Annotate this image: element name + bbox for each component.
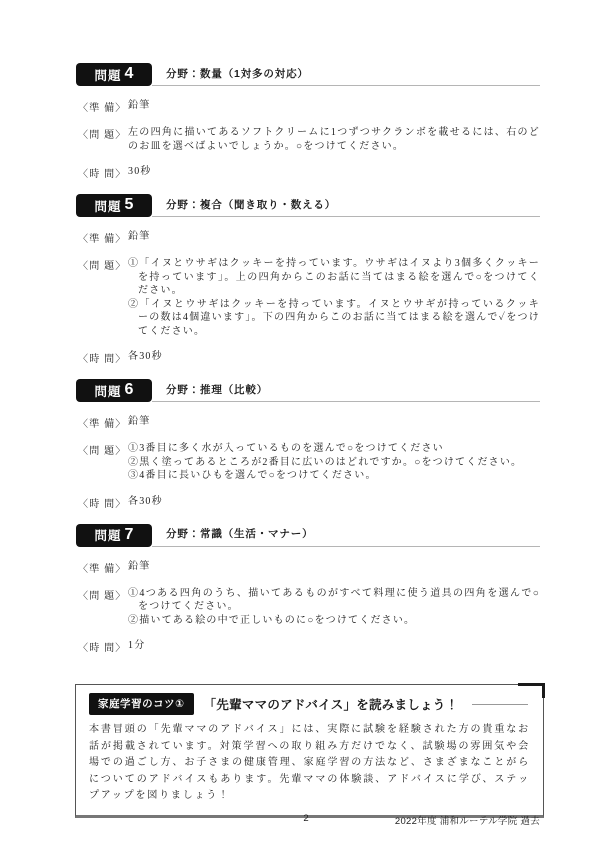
tip-badge: 家庭学習のコツ① <box>89 693 194 715</box>
time-row: 〈時 間〉 各30秒 <box>78 350 540 365</box>
prep-content: 鉛筆 <box>128 99 540 114</box>
badge-number: 6 <box>125 381 134 399</box>
prep-label: 〈準 備〉 <box>78 99 128 114</box>
question-content: ①「イヌとウサギはクッキーを持っています。ウサギはイヌより3個多くクッキーを持っ… <box>128 257 540 338</box>
edition-label: 2022年度 浦和ルーテル学院 過去 <box>395 813 540 827</box>
tip-title: 「先輩ママのアドバイス」を読みましょう！ <box>204 695 459 713</box>
question-row: 〈問 題〉 ①4つある四角のうち、描いてあるものがすべて料理に使う道具の四角を選… <box>78 587 540 628</box>
header-rule: 分野：複合（聞き取り・数える） <box>152 194 540 217</box>
problem-number-badge: 問題7 <box>76 524 152 547</box>
question-row: 〈問 題〉 左の四角に描いてあるソフトクリームに1つずつサクランボを載せるには、… <box>78 126 540 153</box>
badge-word: 問題 <box>95 66 122 84</box>
question-content: ①4つある四角のうち、描いてあるものがすべて料理に使う道具の四角を選んで○をつけ… <box>128 587 540 628</box>
prep-row: 〈準 備〉 鉛筆 <box>78 230 540 245</box>
question-item-1: ①3番目に多く水が入っているものを選んで○をつけてください <box>128 442 540 456</box>
problem-4-header: 問題4 分野：数量（1対多の対応） <box>76 63 540 86</box>
tip-title-rule <box>472 704 528 705</box>
question-item-2: ②「イヌとウサギはクッキーを持っています。イヌとウサギが持っているクッキーの数は… <box>128 298 540 339</box>
question-content: 左の四角に描いてあるソフトクリームに1つずつサクランボを載せるには、右のどのお皿… <box>128 126 540 153</box>
time-row: 〈時 間〉 1分 <box>78 639 540 654</box>
question-item-2: ②描いてある絵の中で正しいものに○をつけてください。 <box>128 614 540 628</box>
prep-row: 〈準 備〉 鉛筆 <box>78 415 540 430</box>
time-row: 〈時 間〉 各30秒 <box>78 495 540 510</box>
badge-number: 5 <box>125 196 134 214</box>
problem-number-badge: 問題5 <box>76 194 152 217</box>
time-content: 各30秒 <box>128 495 540 510</box>
question-row: 〈問 題〉 ①「イヌとウサギはクッキーを持っています。ウサギはイヌより3個多くク… <box>78 257 540 338</box>
prep-content: 鉛筆 <box>128 560 540 575</box>
problem-6-header: 問題6 分野：推理（比較） <box>76 379 540 402</box>
problem-5-header: 問題5 分野：複合（聞き取り・数える） <box>76 194 540 217</box>
question-item-3: ③4番目に長いひもを選んで○をつけてください。 <box>128 469 540 483</box>
time-label: 〈時 間〉 <box>78 350 128 365</box>
time-label: 〈時 間〉 <box>78 165 128 180</box>
badge-number: 7 <box>125 526 134 544</box>
problem-category: 分野：常識（生活・マナー） <box>166 526 313 541</box>
header-rule: 分野：数量（1対多の対応） <box>152 63 540 86</box>
question-content: ①3番目に多く水が入っているものを選んで○をつけてください ②黒く塗ってあるとこ… <box>128 442 540 483</box>
problem-category: 分野：数量（1対多の対応） <box>166 66 309 81</box>
document-page: 問題4 分野：数量（1対多の対応） 〈準 備〉 鉛筆 〈問 題〉 左の四角に描い… <box>0 0 612 859</box>
time-content: 1分 <box>128 639 540 654</box>
home-study-tip-box: 家庭学習のコツ① 「先輩ママのアドバイス」を読みましょう！ 本書冒頭の「先輩ママ… <box>75 684 544 818</box>
problem-6: 問題6 分野：推理（比較） 〈準 備〉 鉛筆 〈問 題〉 ①3番目に多く水が入っ… <box>78 379 540 510</box>
problem-number-badge: 問題6 <box>76 379 152 402</box>
question-item-1: ①「イヌとウサギはクッキーを持っています。ウサギはイヌより3個多くクッキーを持っ… <box>128 257 540 298</box>
problem-7-header: 問題7 分野：常識（生活・マナー） <box>76 524 540 547</box>
time-label: 〈時 間〉 <box>78 495 128 510</box>
time-row: 〈時 間〉 30秒 <box>78 165 540 180</box>
question-label: 〈問 題〉 <box>78 257 128 338</box>
prep-row: 〈準 備〉 鉛筆 <box>78 99 540 114</box>
question-label: 〈問 題〉 <box>78 442 128 483</box>
prep-content: 鉛筆 <box>128 415 540 430</box>
problem-category: 分野：複合（聞き取り・数える） <box>166 197 336 212</box>
badge-word: 問題 <box>95 526 122 544</box>
time-content: 各30秒 <box>128 350 540 365</box>
question-row: 〈問 題〉 ①3番目に多く水が入っているものを選んで○をつけてください ②黒く塗… <box>78 442 540 483</box>
header-rule: 分野：常識（生活・マナー） <box>152 524 540 547</box>
problem-5: 問題5 分野：複合（聞き取り・数える） 〈準 備〉 鉛筆 〈問 題〉 ①「イヌと… <box>78 194 540 365</box>
prep-label: 〈準 備〉 <box>78 230 128 245</box>
prep-label: 〈準 備〉 <box>78 415 128 430</box>
time-content: 30秒 <box>128 165 540 180</box>
question-item: 左の四角に描いてあるソフトクリームに1つずつサクランボを載せるには、右のどのお皿… <box>128 126 540 153</box>
prep-row: 〈準 備〉 鉛筆 <box>78 560 540 575</box>
problem-category: 分野：推理（比較） <box>166 382 268 397</box>
badge-number: 4 <box>125 65 134 83</box>
badge-word: 問題 <box>95 197 122 215</box>
prep-label: 〈準 備〉 <box>78 560 128 575</box>
problem-7: 問題7 分野：常識（生活・マナー） 〈準 備〉 鉛筆 〈問 題〉 ①4つある四角… <box>78 524 540 655</box>
prep-content: 鉛筆 <box>128 230 540 245</box>
question-label: 〈問 題〉 <box>78 587 128 628</box>
question-item-1: ①4つある四角のうち、描いてあるものがすべて料理に使う道具の四角を選んで○をつけ… <box>128 587 540 614</box>
problem-number-badge: 問題4 <box>76 63 152 86</box>
page-footer: 2 2022年度 浦和ルーテル学院 過去 <box>0 813 612 826</box>
tip-box-header: 家庭学習のコツ① 「先輩ママのアドバイス」を読みましょう！ <box>89 693 530 715</box>
header-rule: 分野：推理（比較） <box>152 379 540 402</box>
tip-body: 本書冒頭の「先輩ママのアドバイス」には、実際に試験を経験された方の貴重なお話が掲… <box>89 722 530 805</box>
question-label: 〈問 題〉 <box>78 126 128 153</box>
problem-4: 問題4 分野：数量（1対多の対応） 〈準 備〉 鉛筆 〈問 題〉 左の四角に描い… <box>78 63 540 180</box>
time-label: 〈時 間〉 <box>78 639 128 654</box>
badge-word: 問題 <box>95 382 122 400</box>
question-item-2: ②黒く塗ってあるところが2番目に広いのはどれですか。○をつけてください。 <box>128 456 540 470</box>
